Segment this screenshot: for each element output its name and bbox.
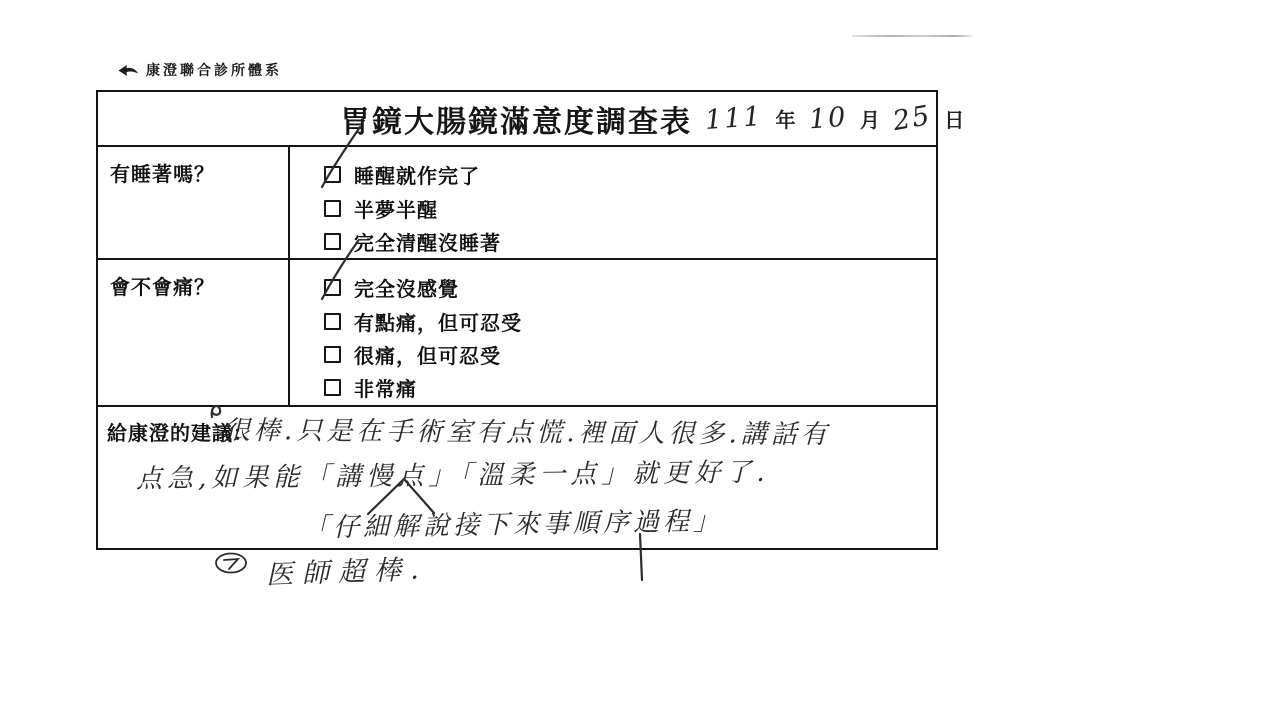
footnote-text: 医師超棒. bbox=[265, 547, 428, 592]
option-label: 非常痛 bbox=[354, 373, 417, 402]
option-very-painful-bearable: 很痛，但可忍受 bbox=[324, 343, 501, 366]
date-month-value: 10 bbox=[808, 102, 848, 136]
handwritten-suggestion-line-1: 很棒.只是在手術室有点慌.裡面人很多.講話有 bbox=[224, 410, 831, 451]
circled-scribble-icon bbox=[212, 550, 250, 583]
form-title: 胃鏡大腸鏡滿意度調查表 bbox=[340, 97, 692, 141]
date-year-value: 111 bbox=[704, 101, 764, 136]
table-divider bbox=[98, 145, 936, 147]
handwritten-suggestion-line-2: 点急,如果能「講慢点」「溫柔一点」就更好了. bbox=[136, 452, 770, 496]
clinic-logo: 康澄聯合診所體系 bbox=[117, 60, 282, 80]
survey-table: 胃鏡大腸鏡滿意度調查表 111 年 10 月 25 日 有睡著嗎？ 睡醒就作完了… bbox=[96, 90, 938, 550]
handwritten-suggestion-line-3: 「仔細解說接下來事順序過程」 bbox=[303, 500, 724, 544]
option-half-asleep: 半夢半醒 bbox=[324, 197, 438, 220]
option-label: 很痛，但可忍受 bbox=[354, 340, 501, 369]
question-pain-label: 會不會痛？ bbox=[110, 271, 215, 300]
date-year-label: 年 bbox=[776, 104, 796, 133]
table-divider bbox=[98, 405, 936, 407]
scan-artifact-line bbox=[852, 35, 972, 37]
option-label: 完全清醒沒睡著 bbox=[354, 227, 501, 256]
checkbox-icon bbox=[324, 200, 341, 217]
table-divider bbox=[98, 258, 936, 260]
checkbox-icon bbox=[324, 279, 341, 296]
date-month-label: 月 bbox=[860, 104, 880, 133]
scanned-survey-page: 康澄聯合診所體系 胃鏡大腸鏡滿意度調查表 111 年 10 月 25 日 有睡著… bbox=[0, 0, 1280, 720]
option-extremely-painful: 非常痛 bbox=[324, 376, 417, 399]
checkbox-icon bbox=[324, 233, 341, 250]
option-label: 有點痛，但可忍受 bbox=[354, 307, 522, 336]
option-fully-awake: 完全清醒沒睡著 bbox=[324, 230, 501, 253]
checkbox-icon bbox=[324, 379, 341, 396]
clinic-brand-swoosh-icon bbox=[117, 64, 139, 77]
table-column-divider bbox=[288, 147, 290, 405]
form-header: 胃鏡大腸鏡滿意度調查表 111 年 10 月 25 日 bbox=[340, 92, 930, 145]
date-day-label: 日 bbox=[944, 104, 964, 133]
option-no-feeling: 完全沒感覺 bbox=[324, 276, 459, 299]
clinic-name: 康澄聯合診所體系 bbox=[146, 60, 282, 80]
option-label: 完全沒感覺 bbox=[354, 273, 459, 302]
checkbox-icon bbox=[324, 166, 341, 183]
date-day-value: 25 bbox=[891, 100, 934, 137]
question-sleep-label: 有睡著嗎？ bbox=[110, 158, 215, 187]
option-label: 睡醒就作完了 bbox=[354, 160, 480, 189]
option-label: 半夢半醒 bbox=[354, 194, 438, 223]
option-slight-pain: 有點痛，但可忍受 bbox=[324, 310, 522, 333]
option-woke-up-done: 睡醒就作完了 bbox=[324, 163, 480, 186]
handwritten-footnote: 医師超棒. bbox=[212, 550, 428, 589]
checkbox-icon bbox=[324, 346, 341, 363]
checkbox-icon bbox=[324, 313, 341, 330]
